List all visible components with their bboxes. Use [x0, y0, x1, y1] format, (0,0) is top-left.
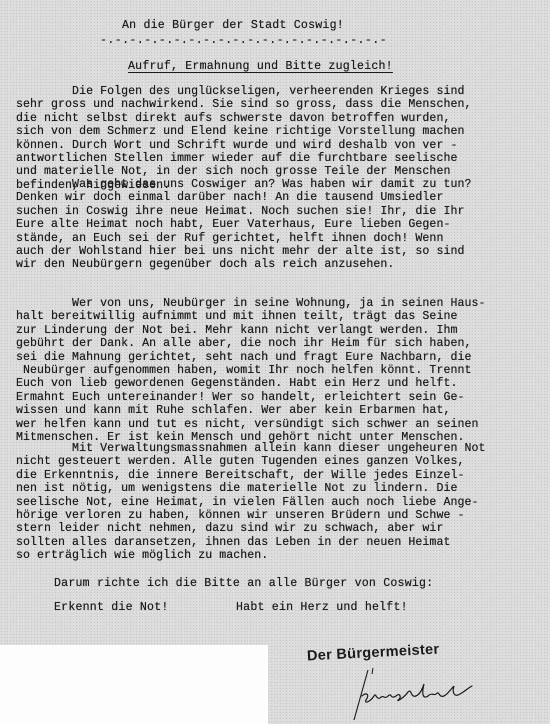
text-line: Denken wir doch einmal darüber nach! An …: [16, 191, 546, 204]
text-line: wir den Neubürgern gegenüber doch als re…: [16, 258, 546, 271]
text-line: Was geht das uns Coswiger an? Was haben …: [16, 178, 546, 191]
text-line: seelische Not, eine Heimat, in vielen Fä…: [16, 496, 546, 509]
text-line: wer helfen kann und tut es nicht, versün…: [16, 418, 546, 431]
text-line: die Erkenntnis, die innere Bereitschaft,…: [16, 469, 546, 482]
text-line: nen ist nötig, um wenigstens die materie…: [16, 482, 546, 495]
text-line: Euch von lieb gewordenen Gegenständen. H…: [16, 377, 546, 390]
text-line: stern leider nicht nehmen, dazu sind wir…: [16, 522, 546, 535]
document-subtitle: Aufruf, Ermahnung und Bitte zugleich!: [128, 60, 393, 73]
text-line: halt bereitwillig aufnimmt und mit ihnen…: [16, 310, 546, 323]
text-line: suchen in Coswig ihre neue Heimat. Noch …: [16, 205, 546, 218]
text-line: so erträglich wie möglich zu machen.: [16, 549, 546, 562]
paragraph-4: Mit Verwaltungsmassnahmen allein kann di…: [16, 442, 546, 563]
handwritten-signature-icon: Kunschel: [340, 662, 480, 724]
paragraph-2: Was geht das uns Coswiger an? Was haben …: [16, 178, 546, 272]
text-line: gebührt der Dank. An alle aber, die noch…: [16, 337, 546, 350]
text-line: Neubürger aufgenommen haben, womit Ihr n…: [16, 364, 546, 377]
text-line: nicht gesteuert werden. Alle guten Tugen…: [16, 455, 546, 468]
title-decorative-underline: -.-.-.-.-.-.-.-.-.-.-.-.-.-.-.-.-.-.-.-: [100, 34, 387, 47]
slogan-recognize-need: Erkennt die Not!: [54, 601, 169, 614]
text-line: hörige verloren zu haben, können wir uns…: [16, 509, 546, 522]
closing-line: Darum richte ich die Bitte an alle Bürge…: [54, 577, 433, 590]
text-line: Wer von uns, Neubürger in seine Wohnung,…: [16, 297, 546, 310]
text-line: und materielle Not, in der sich noch gro…: [16, 165, 546, 178]
text-line: Eure alte Heimat noch habt, Euer Vaterha…: [16, 218, 546, 231]
blank-patch: [0, 645, 268, 724]
paragraph-3: Wer von uns, Neubürger in seine Wohnung,…: [16, 297, 546, 444]
text-line: Die Folgen des unglückseligen, verheeren…: [16, 85, 546, 98]
text-line: stände, an Euch sei der Ruf gerichtet, h…: [16, 232, 546, 245]
text-line: sollten alles daransetzen, ihnen das Leb…: [16, 536, 546, 549]
text-line: auch der Wohlstand hier bei uns nicht me…: [16, 245, 546, 258]
text-line: können. Durch Wort und Schrift wurde und…: [16, 139, 546, 152]
text-line: sei die Mahnung gerichtet, seht nach und…: [16, 351, 546, 364]
text-line: Mit Verwaltungsmassnahmen allein kann di…: [16, 442, 546, 455]
paragraph-1: Die Folgen des unglückseligen, verheeren…: [16, 85, 546, 192]
text-line: Ermahnt Euch untereinander! Wer so hande…: [16, 391, 546, 404]
text-line: antwortlichen Stellen immer wieder auf d…: [16, 152, 546, 165]
slogan-have-heart: Habt ein Herz und helft!: [236, 601, 408, 614]
text-line: sich von dem Schmerz und Elend keine ric…: [16, 125, 546, 138]
document-title: An die Bürger der Stadt Coswig!: [122, 19, 344, 32]
text-line: zur Linderung der Not bei. Mehr kann nic…: [16, 324, 546, 337]
text-line: wissen und kann mit Ruhe schlafen. Wer a…: [16, 404, 546, 417]
text-line: sehr gross und nachwirkend. Sie sind so …: [16, 98, 546, 111]
scanned-document-page: An die Bürger der Stadt Coswig! -.-.-.-.…: [0, 0, 550, 724]
text-line: die nicht selbst direkt aufs schwerste d…: [16, 112, 546, 125]
